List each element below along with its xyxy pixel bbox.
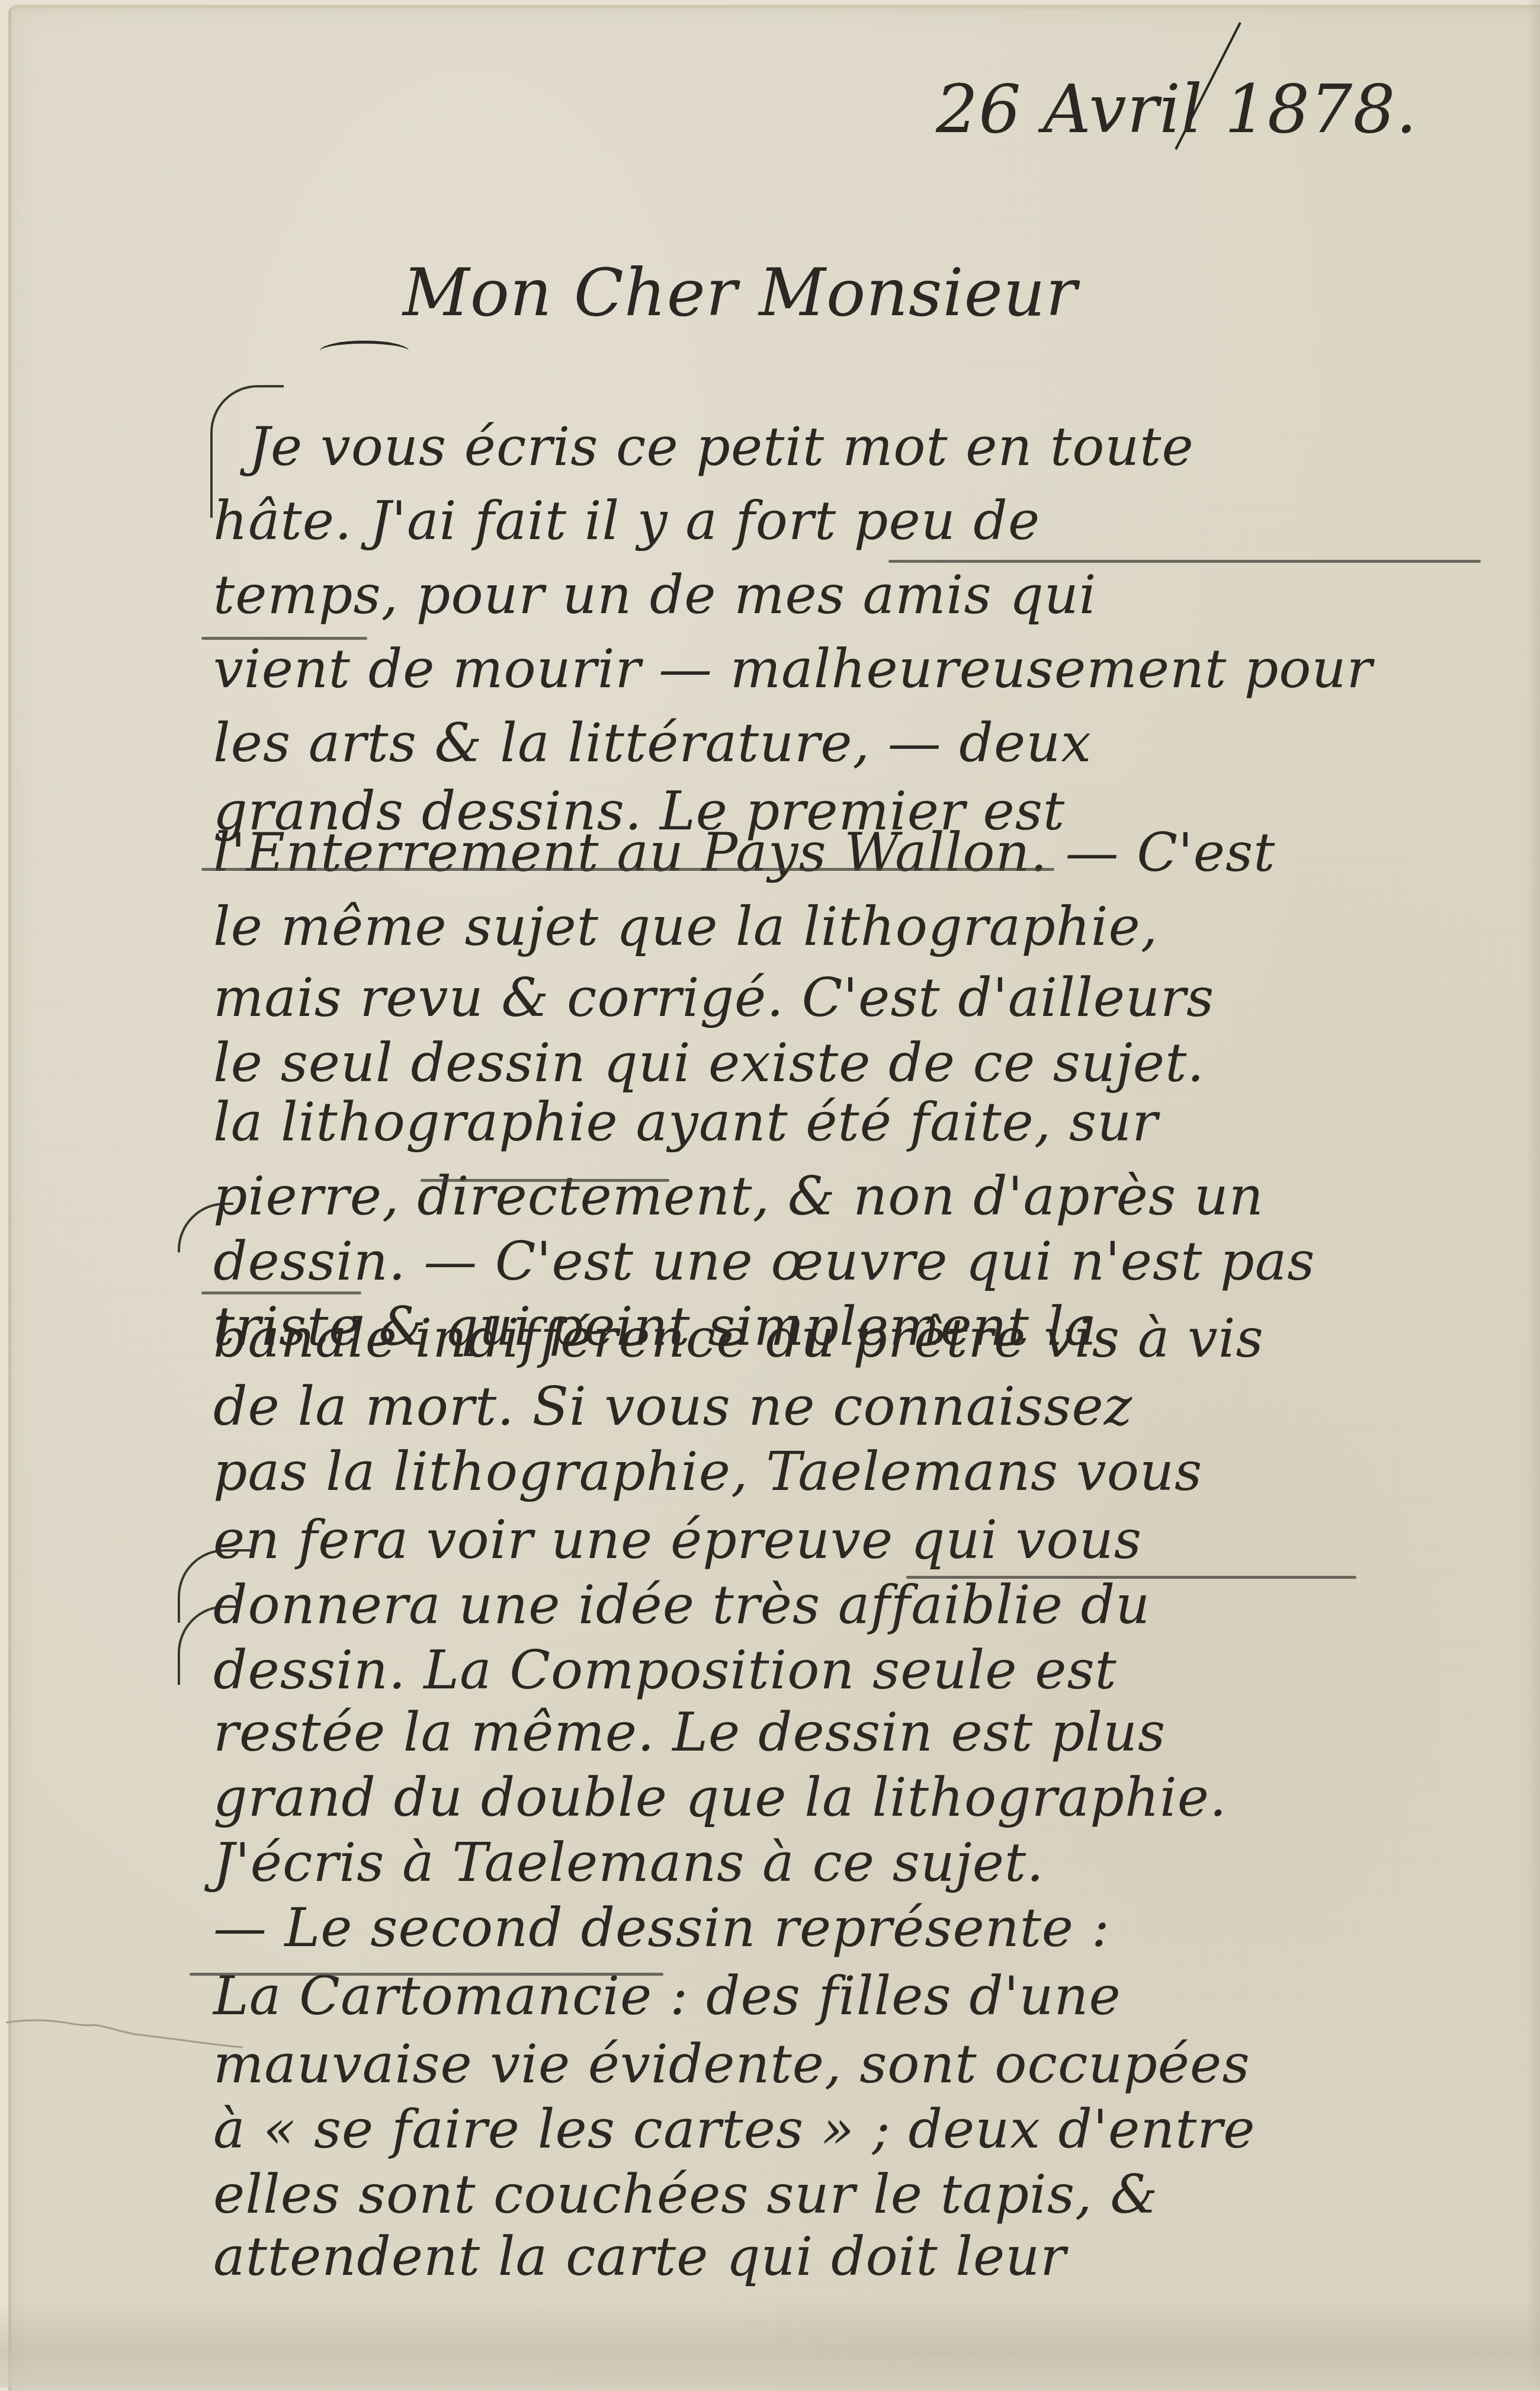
salutation-flourish xyxy=(320,341,409,361)
underline-temps xyxy=(201,637,367,640)
paper-bottom-edge xyxy=(0,2299,1540,2387)
letter-line: dessin. La Composition seule est xyxy=(213,1644,1117,1697)
letter-line: en fera voir une épreuve qui vous xyxy=(213,1514,1142,1567)
letter-line: mais revu & corrigé. C'est d'ailleurs xyxy=(213,972,1214,1025)
letter-date: 26 Avril 1878. xyxy=(936,71,1417,148)
underline-fort-peu-de xyxy=(888,560,1481,563)
letter-line: grand du double que la lithographie. xyxy=(213,1771,1227,1825)
letter-salutation: Mon Cher Monsieur xyxy=(403,255,1077,331)
paper-tear-mark xyxy=(6,2014,243,2050)
letter-line: temps, pour un de mes amis qui xyxy=(213,569,1097,622)
letter-line: l'Enterrement au Pays Wallon. — C'est xyxy=(213,826,1275,880)
letter-line: Je vous écris ce petit mot en toute xyxy=(249,421,1194,474)
letter-line: donnera une idée très affaiblie du xyxy=(213,1579,1150,1632)
letter-line: hâte. J'ai fait il y a fort peu de xyxy=(213,495,1040,548)
letter-line: à « se faire les cartes » ; deux d'entre xyxy=(213,2103,1256,2156)
letter-line: vient de mourir — malheureusement pour xyxy=(213,643,1372,696)
letter-line: elles sont couchées sur le tapis, & xyxy=(213,2168,1158,2222)
letter-line: pierre, directement, & non d'après un xyxy=(213,1170,1264,1223)
letter-line: de la mort. Si vous ne connaissez xyxy=(213,1380,1132,1434)
paper-fold-shadow xyxy=(1527,0,1540,2387)
letter-line: banale indifférence du prêtre vis à vis xyxy=(213,1312,1264,1366)
underline-directement xyxy=(421,1179,669,1182)
letter-line: restée la même. Le dessin est plus xyxy=(213,1706,1166,1759)
letter-line: le même sujet que la lithographie, xyxy=(213,900,1158,954)
underline-triste xyxy=(201,1291,361,1294)
underline-enterrement xyxy=(201,868,1054,871)
letter-line: mauvaise vie évidente, sont occupées xyxy=(213,2038,1250,2091)
letter-line: J'écris à Taelemans à ce sujet. xyxy=(213,1836,1044,1890)
letter-line: la lithographie ayant été faite, sur xyxy=(213,1096,1158,1149)
letter-line: le seul dessin qui existe de ce sujet. xyxy=(213,1037,1205,1090)
letter-line: dessin. — C'est une œuvre qui n'est pas xyxy=(213,1235,1316,1289)
letter-line: les arts & la littérature, — deux xyxy=(213,717,1092,770)
letter-line: attendent la carte qui doit leur xyxy=(213,2230,1066,2284)
letter-line: La Cartomancie : des filles d'une xyxy=(213,1970,1121,2023)
underline-cartomancie xyxy=(190,1973,663,1976)
underline-tres-affaiblie xyxy=(906,1576,1356,1579)
letter-line: — Le second dessin représente : xyxy=(213,1902,1110,1955)
letter-line: pas la lithographie, Taelemans vous xyxy=(213,1446,1202,1499)
